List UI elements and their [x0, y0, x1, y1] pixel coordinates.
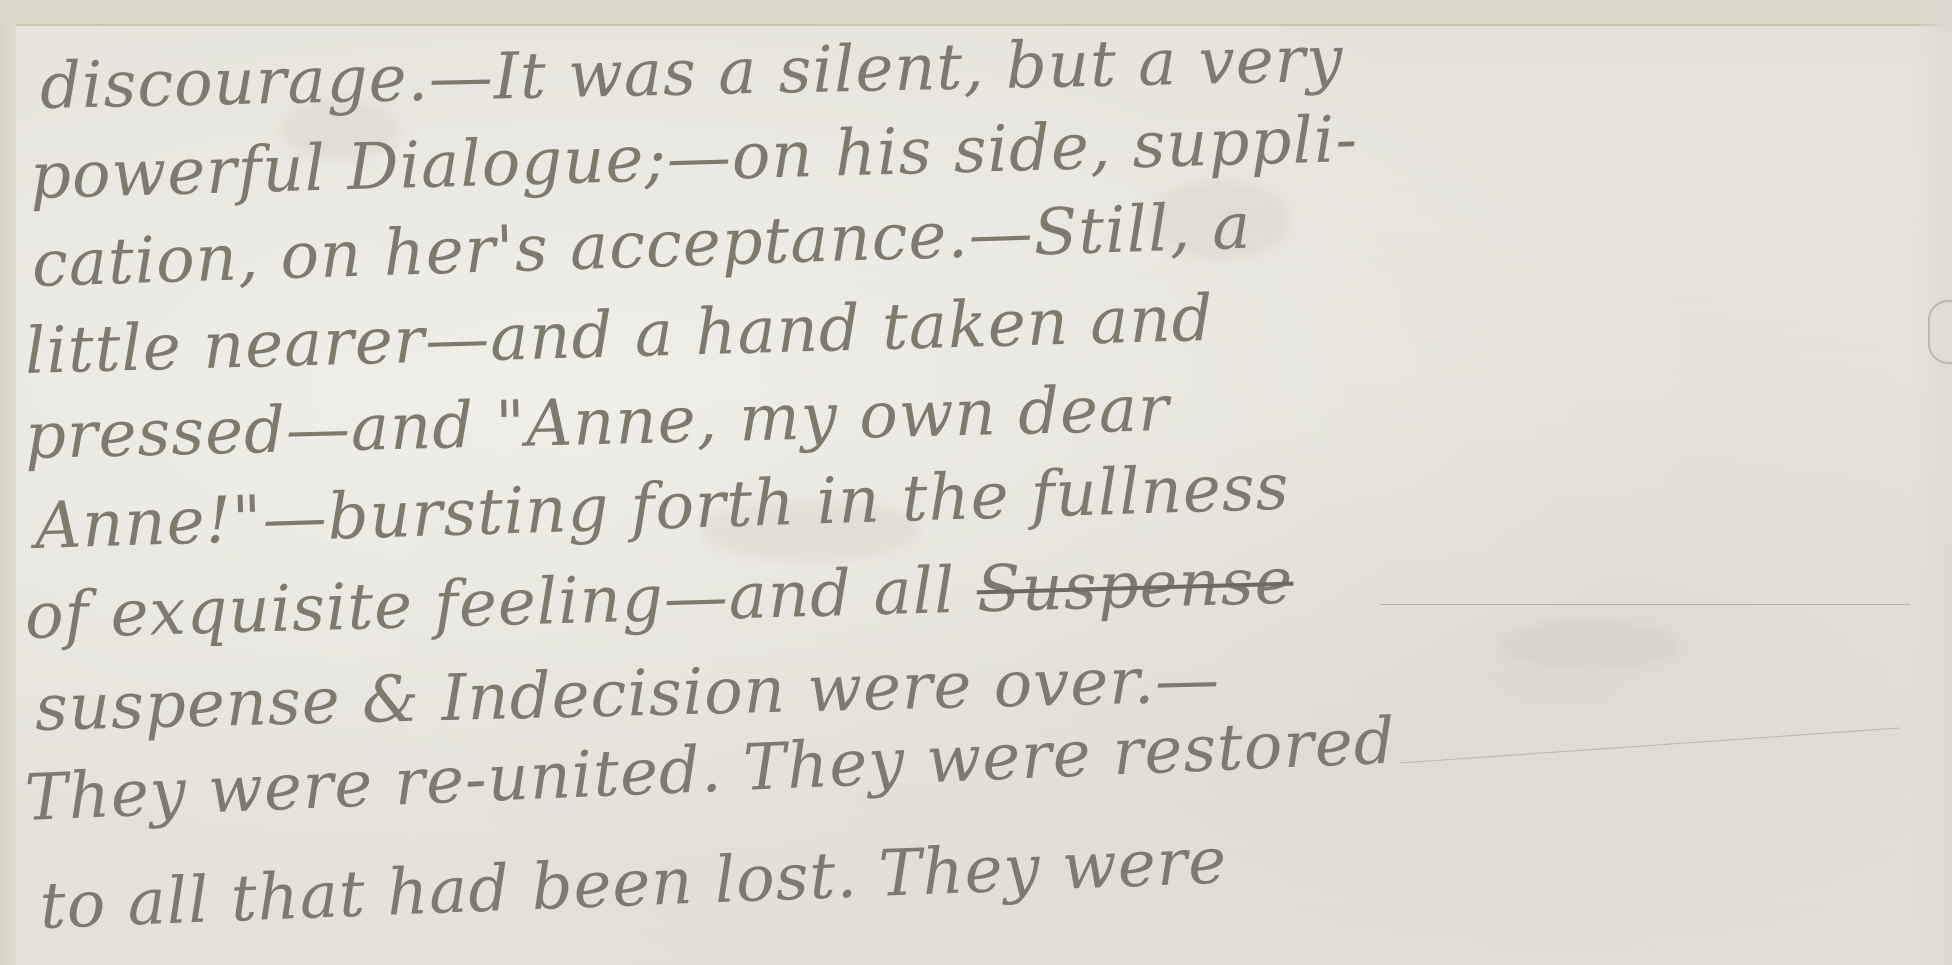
manuscript-line-7: of exquisite feeling—and all Suspense: [24, 545, 1294, 654]
manuscript-line-10: to all that had been lost. They were: [39, 824, 1229, 944]
manuscript-text: discourage.—It was a silent, but a very …: [0, 0, 1952, 965]
manuscript-scan: discourage.—It was a silent, but a very …: [0, 0, 1952, 965]
manuscript-line-7-text: of exquisite feeling—and all: [24, 553, 978, 654]
struck-through-word: Suspense: [976, 545, 1295, 628]
manuscript-line-4: little nearer—and a hand taken and: [24, 282, 1215, 389]
